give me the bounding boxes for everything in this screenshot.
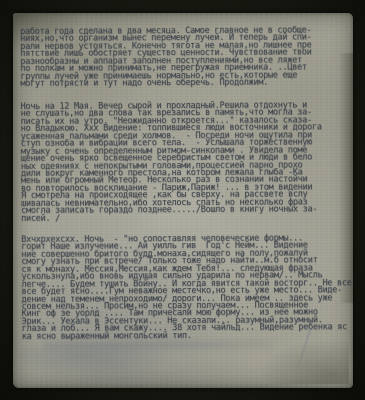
typewritten-text: работа года сделана в два месяца. Самое … bbox=[12, 12, 354, 389]
paragraph-1: работа года сделана в два месяца. Самое … bbox=[20, 27, 348, 88]
paragraph-3: Вхчхрхехсхх. Ночь - "но сопоставляя чело… bbox=[21, 235, 350, 341]
photo-background: работа года сделана в два месяца. Самое … bbox=[0, 0, 365, 400]
paragraph-2: Ночь на 12 Мая. Вечер сырой и прохладный… bbox=[20, 102, 349, 223]
text-line: могут потрясти и тут надо очень оберечь.… bbox=[20, 79, 348, 88]
text-line: смогла записать гораздо позднее...../Вош… bbox=[21, 206, 349, 215]
text-line: ка ясно выраженный монгольский тип. bbox=[22, 332, 350, 341]
document-page: работа года сделана в два месяца. Самое … bbox=[13, 13, 353, 388]
